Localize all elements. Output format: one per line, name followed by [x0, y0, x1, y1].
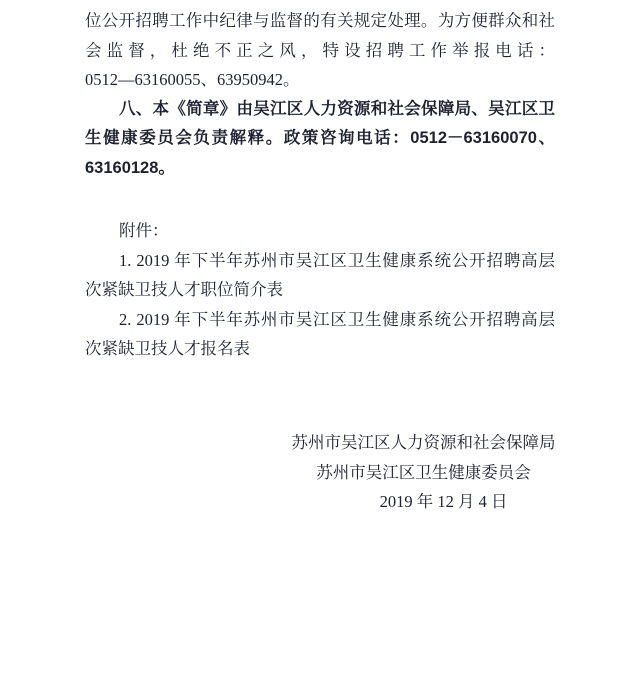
attachment-item-2: 2. 2019 年下半年苏州市吴江区卫生健康系统公开招聘高层 次紧缺卫技人才报名…	[85, 305, 555, 364]
document-page: 位公开招聘工作中纪律与监督的有关规定处理。为方便群众和社 会监督，杜绝不正之风，…	[0, 0, 639, 687]
document-body: 位公开招聘工作中纪律与监督的有关规定处理。为方便群众和社 会监督，杜绝不正之风，…	[85, 6, 555, 517]
text-line: 会监督，杜绝不正之风，特设招聘工作举报电话：	[85, 36, 555, 66]
signing-organization: 苏州市吴江区卫生健康委员会	[285, 458, 562, 488]
attachment-item-1: 1. 2019 年下半年苏州市吴江区卫生健康系统公开招聘高层 次紧缺卫技人才职位…	[85, 246, 555, 305]
paragraph-supervision: 位公开招聘工作中纪律与监督的有关规定处理。为方便群众和社 会监督，杜绝不正之风，…	[85, 6, 555, 95]
paragraph-interpretation: 八、本《简章》由吴江区人力资源和社会保障局、吴江区卫 生健康委员会负责解释。政策…	[85, 95, 555, 184]
vertical-spacer	[85, 364, 555, 429]
text-line: 次紧缺卫技人才职位简介表	[85, 275, 555, 305]
signature-block: 苏州市吴江区人力资源和社会保障局 苏州市吴江区卫生健康委员会 2019 年 12…	[285, 428, 562, 517]
vertical-spacer	[85, 183, 555, 216]
text-line: 次紧缺卫技人才报名表	[85, 334, 555, 364]
text-line: 位公开招聘工作中纪律与监督的有关规定处理。为方便群众和社	[85, 6, 555, 36]
attachments-label: 附件：	[85, 216, 555, 246]
text-line: 2. 2019 年下半年苏州市吴江区卫生健康系统公开招聘高层	[85, 305, 555, 335]
hotline-phone-numbers: 0512—63160055、63950942。	[85, 65, 555, 95]
signature-date: 2019 年 12 月 4 日	[285, 487, 562, 517]
signing-organization: 苏州市吴江区人力资源和社会保障局	[285, 428, 562, 458]
text-line: 八、本《简章》由吴江区人力资源和社会保障局、吴江区卫	[85, 95, 555, 125]
text-line: 生健康委员会负责解释。政策咨询电话：0512－63160070、	[85, 124, 555, 154]
text-line: 1. 2019 年下半年苏州市吴江区卫生健康系统公开招聘高层	[85, 246, 555, 276]
consultation-phone-numbers: 63160128。	[85, 154, 555, 184]
